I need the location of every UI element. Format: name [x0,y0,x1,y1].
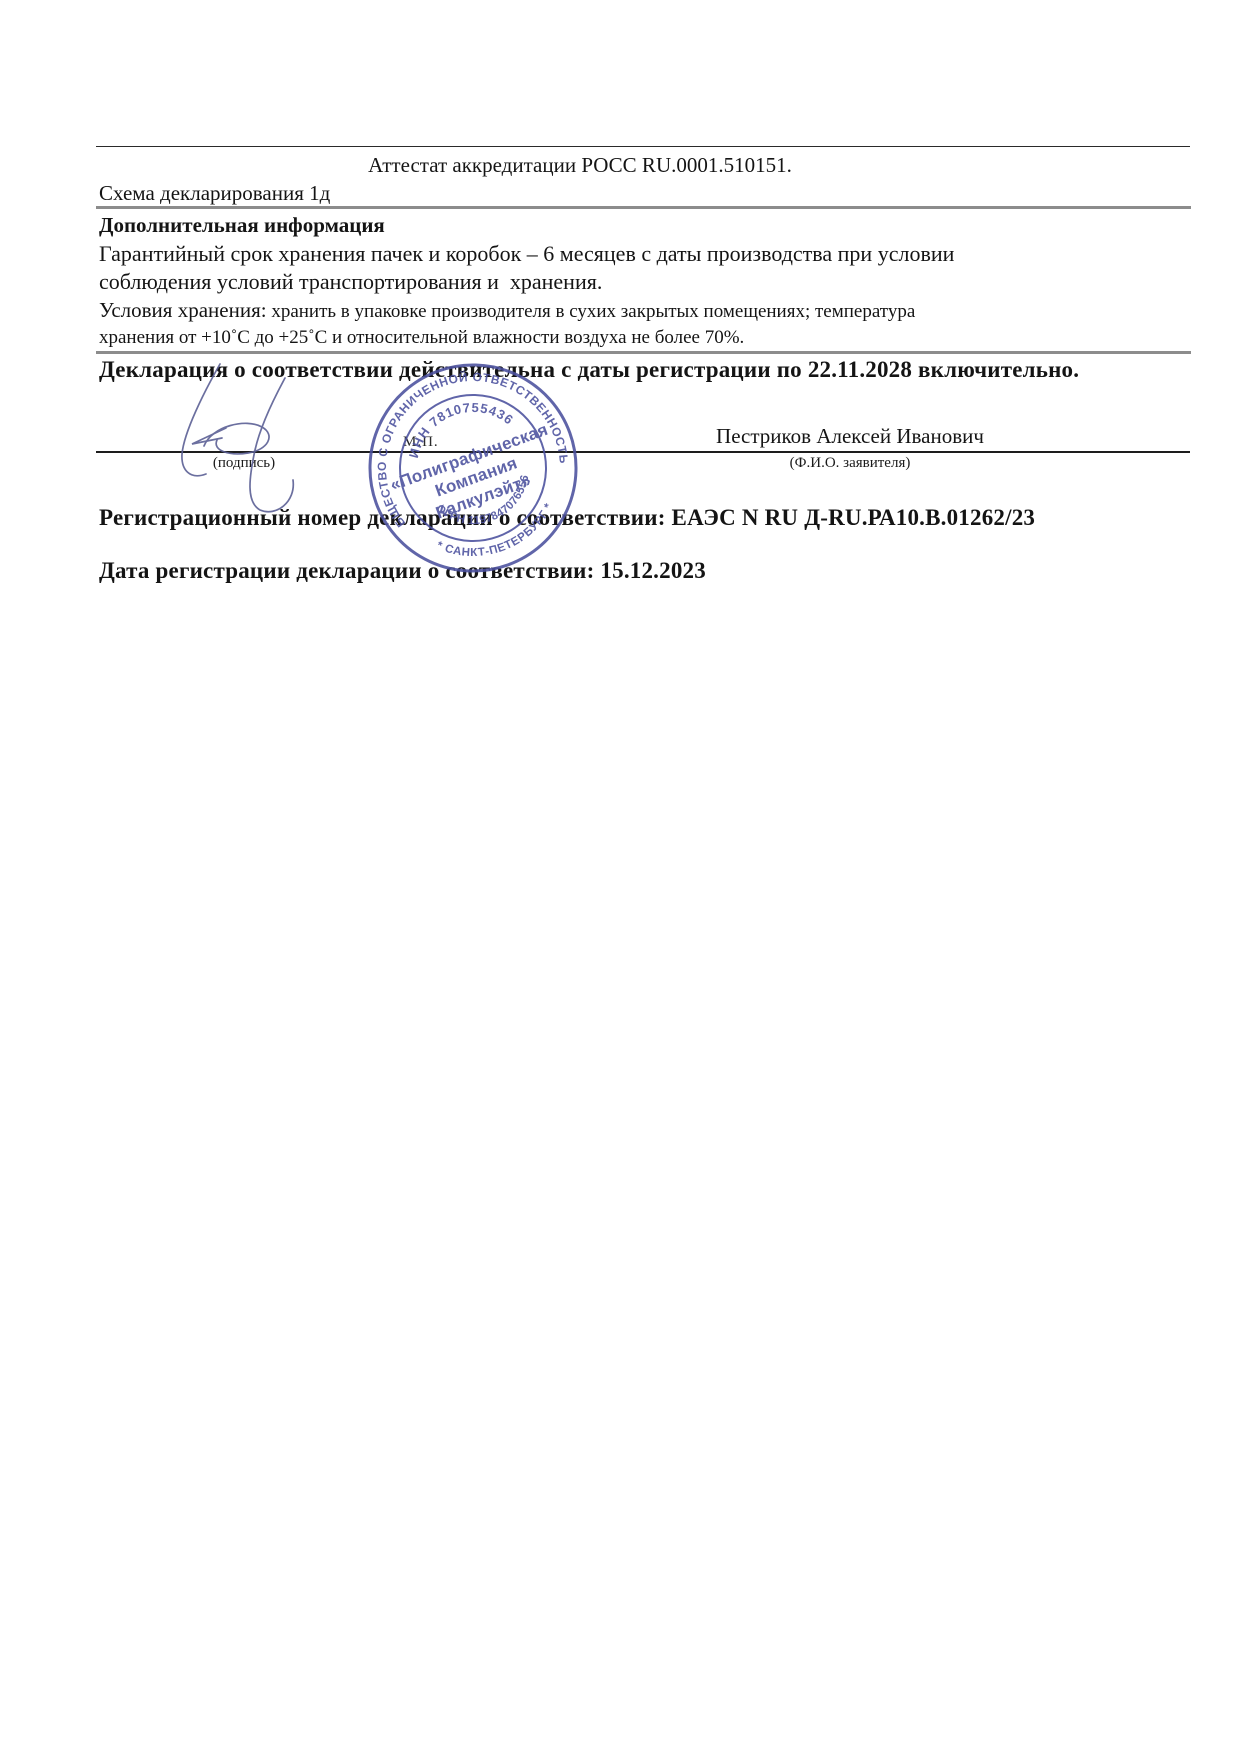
declaration-document-page: Аттестат аккредитации РОСС RU.0001.51015… [0,0,1241,1754]
storage-conditions-label: Условия хранения: [99,298,267,322]
warranty-line-1: Гарантийный срок хранения пачек и коробо… [99,240,954,267]
storage-conditions-line: Условия хранения: хранить в упаковке про… [99,297,915,325]
top-rule [96,146,1190,147]
signature-stroke-left [182,364,220,476]
declaration-scheme-line: Схема декларирования 1д [99,180,330,206]
signature-stroke-loop [204,423,269,454]
signature-strokes [182,364,293,512]
accreditation-line: Аттестат аккредитации РОСС RU.0001.51015… [96,152,1064,178]
applicant-name: Пестриков Алексей Иванович [640,424,1060,449]
signature-stroke-wedge [192,428,226,444]
company-stamp: ОБЩЕСТВО С ОГРАНИЧЕННОЙ ОТВЕТСТВЕННОСТЬЮ… [362,357,584,579]
storage-conditions-text: хранить в упаковке производителя в сухих… [267,301,916,322]
section-divider-top [96,206,1191,209]
handwritten-signature [160,350,330,530]
stamp-rotated-group: ОБЩЕСТВО С ОГРАНИЧЕННОЙ ОТВЕТСТВЕННОСТЬЮ… [362,357,584,579]
storage-conditions-line-2: хранения от +10˚С до +25˚С и относительн… [99,325,744,351]
signature-stroke-tail [250,378,293,512]
applicant-name-caption: (Ф.И.О. заявителя) [640,455,1060,472]
additional-info-title: Дополнительная информация [99,212,385,238]
warranty-line-2: соблюдения условий транспортирования и х… [99,268,602,295]
